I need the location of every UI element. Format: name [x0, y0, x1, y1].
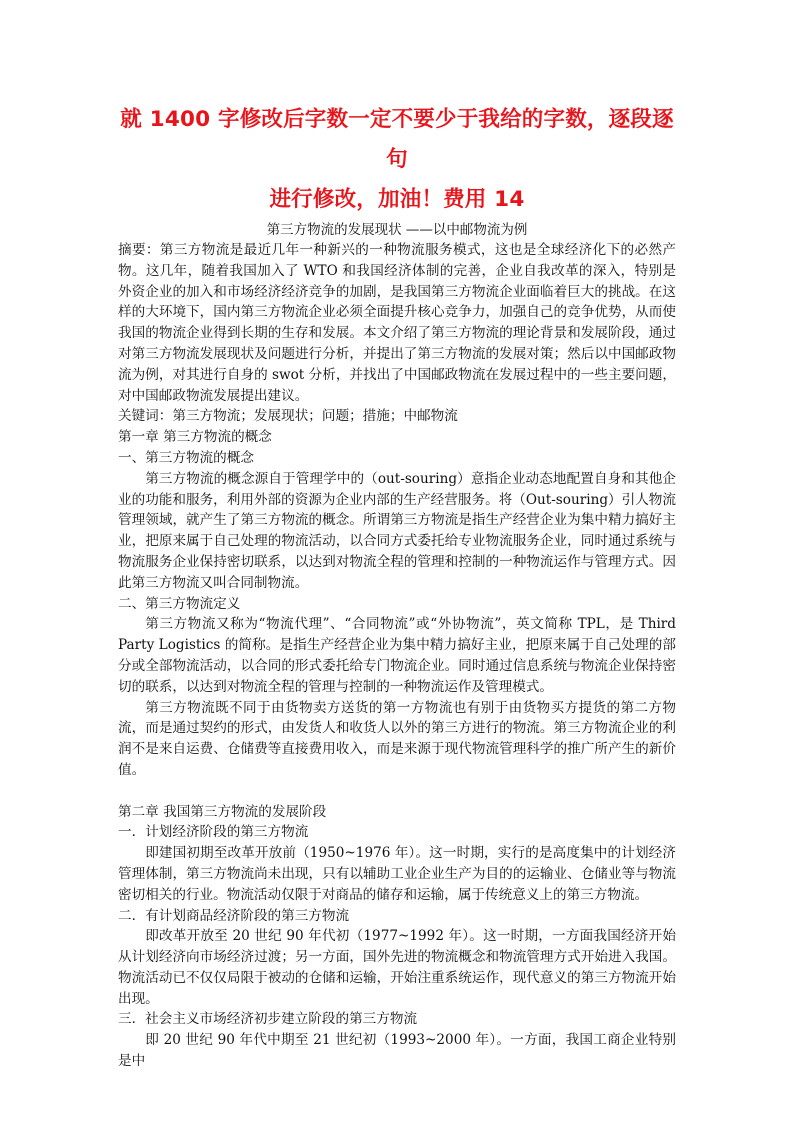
document-title-line-1: 就 1400 字修改后字数一定不要少于我给的字数，逐段逐句	[118, 100, 676, 180]
keywords-line: 关键词：第三方物流；发展现状；问题；措施；中邮物流	[118, 406, 676, 427]
document-title-line-2: 进行修改，加油！费用 14	[118, 180, 676, 220]
chapter2-section3-heading: 三．社会主义市场经济初步建立阶段的第三方物流	[118, 1009, 676, 1030]
blank-line	[118, 781, 676, 802]
chapter1-section1-paragraph: 第三方物流的概念源自于管理学中的（out-souring）意指企业动态地配置自身…	[118, 469, 676, 594]
chapter1-section2-paragraph-2: 第三方物流既不同于由货物卖方送货的第一方物流也有别于由货物买方提货的第二方物流，…	[118, 698, 676, 781]
chapter2-section1-paragraph: 即建国初期至改革开放前（1950~1976 年）。这一时期，实行的是高度集中的计…	[118, 843, 676, 905]
chapter2-section3-paragraph: 即 20 世纪 90 年代中期至 21 世纪初（1993~2000 年）。一方面…	[118, 1030, 676, 1072]
document-page: 就 1400 字修改后字数一定不要少于我给的字数，逐段逐句 进行修改，加油！费用…	[118, 100, 676, 1072]
chapter2-section2-paragraph: 即改革开放至 20 世纪 90 年代初（1977~1992 年）。这一时期，一方…	[118, 926, 676, 1009]
chapter2-heading: 第二章 我国第三方物流的发展阶段	[118, 802, 676, 823]
chapter2-section1-heading: 一．计划经济阶段的第三方物流	[118, 822, 676, 843]
chapter1-section1-heading: 一、第三方物流的概念	[118, 448, 676, 469]
chapter2-section2-heading: 二．有计划商品经济阶段的第三方物流	[118, 906, 676, 927]
abstract-paragraph: 摘要：第三方物流是最近几年一种新兴的一种物流服务模式，这也是全球经济化下的必然产…	[118, 240, 676, 406]
document-subtitle: 第三方物流的发展现状 ——以中邮物流为例	[118, 220, 676, 240]
chapter1-section2-heading: 二、第三方物流定义	[118, 594, 676, 615]
chapter1-section2-paragraph-1: 第三方物流又称为“物流代理”、“合同物流”或“外协物流”，英文简称 TPL，是 …	[118, 614, 676, 697]
chapter1-heading: 第一章 第三方物流的概念	[118, 427, 676, 448]
